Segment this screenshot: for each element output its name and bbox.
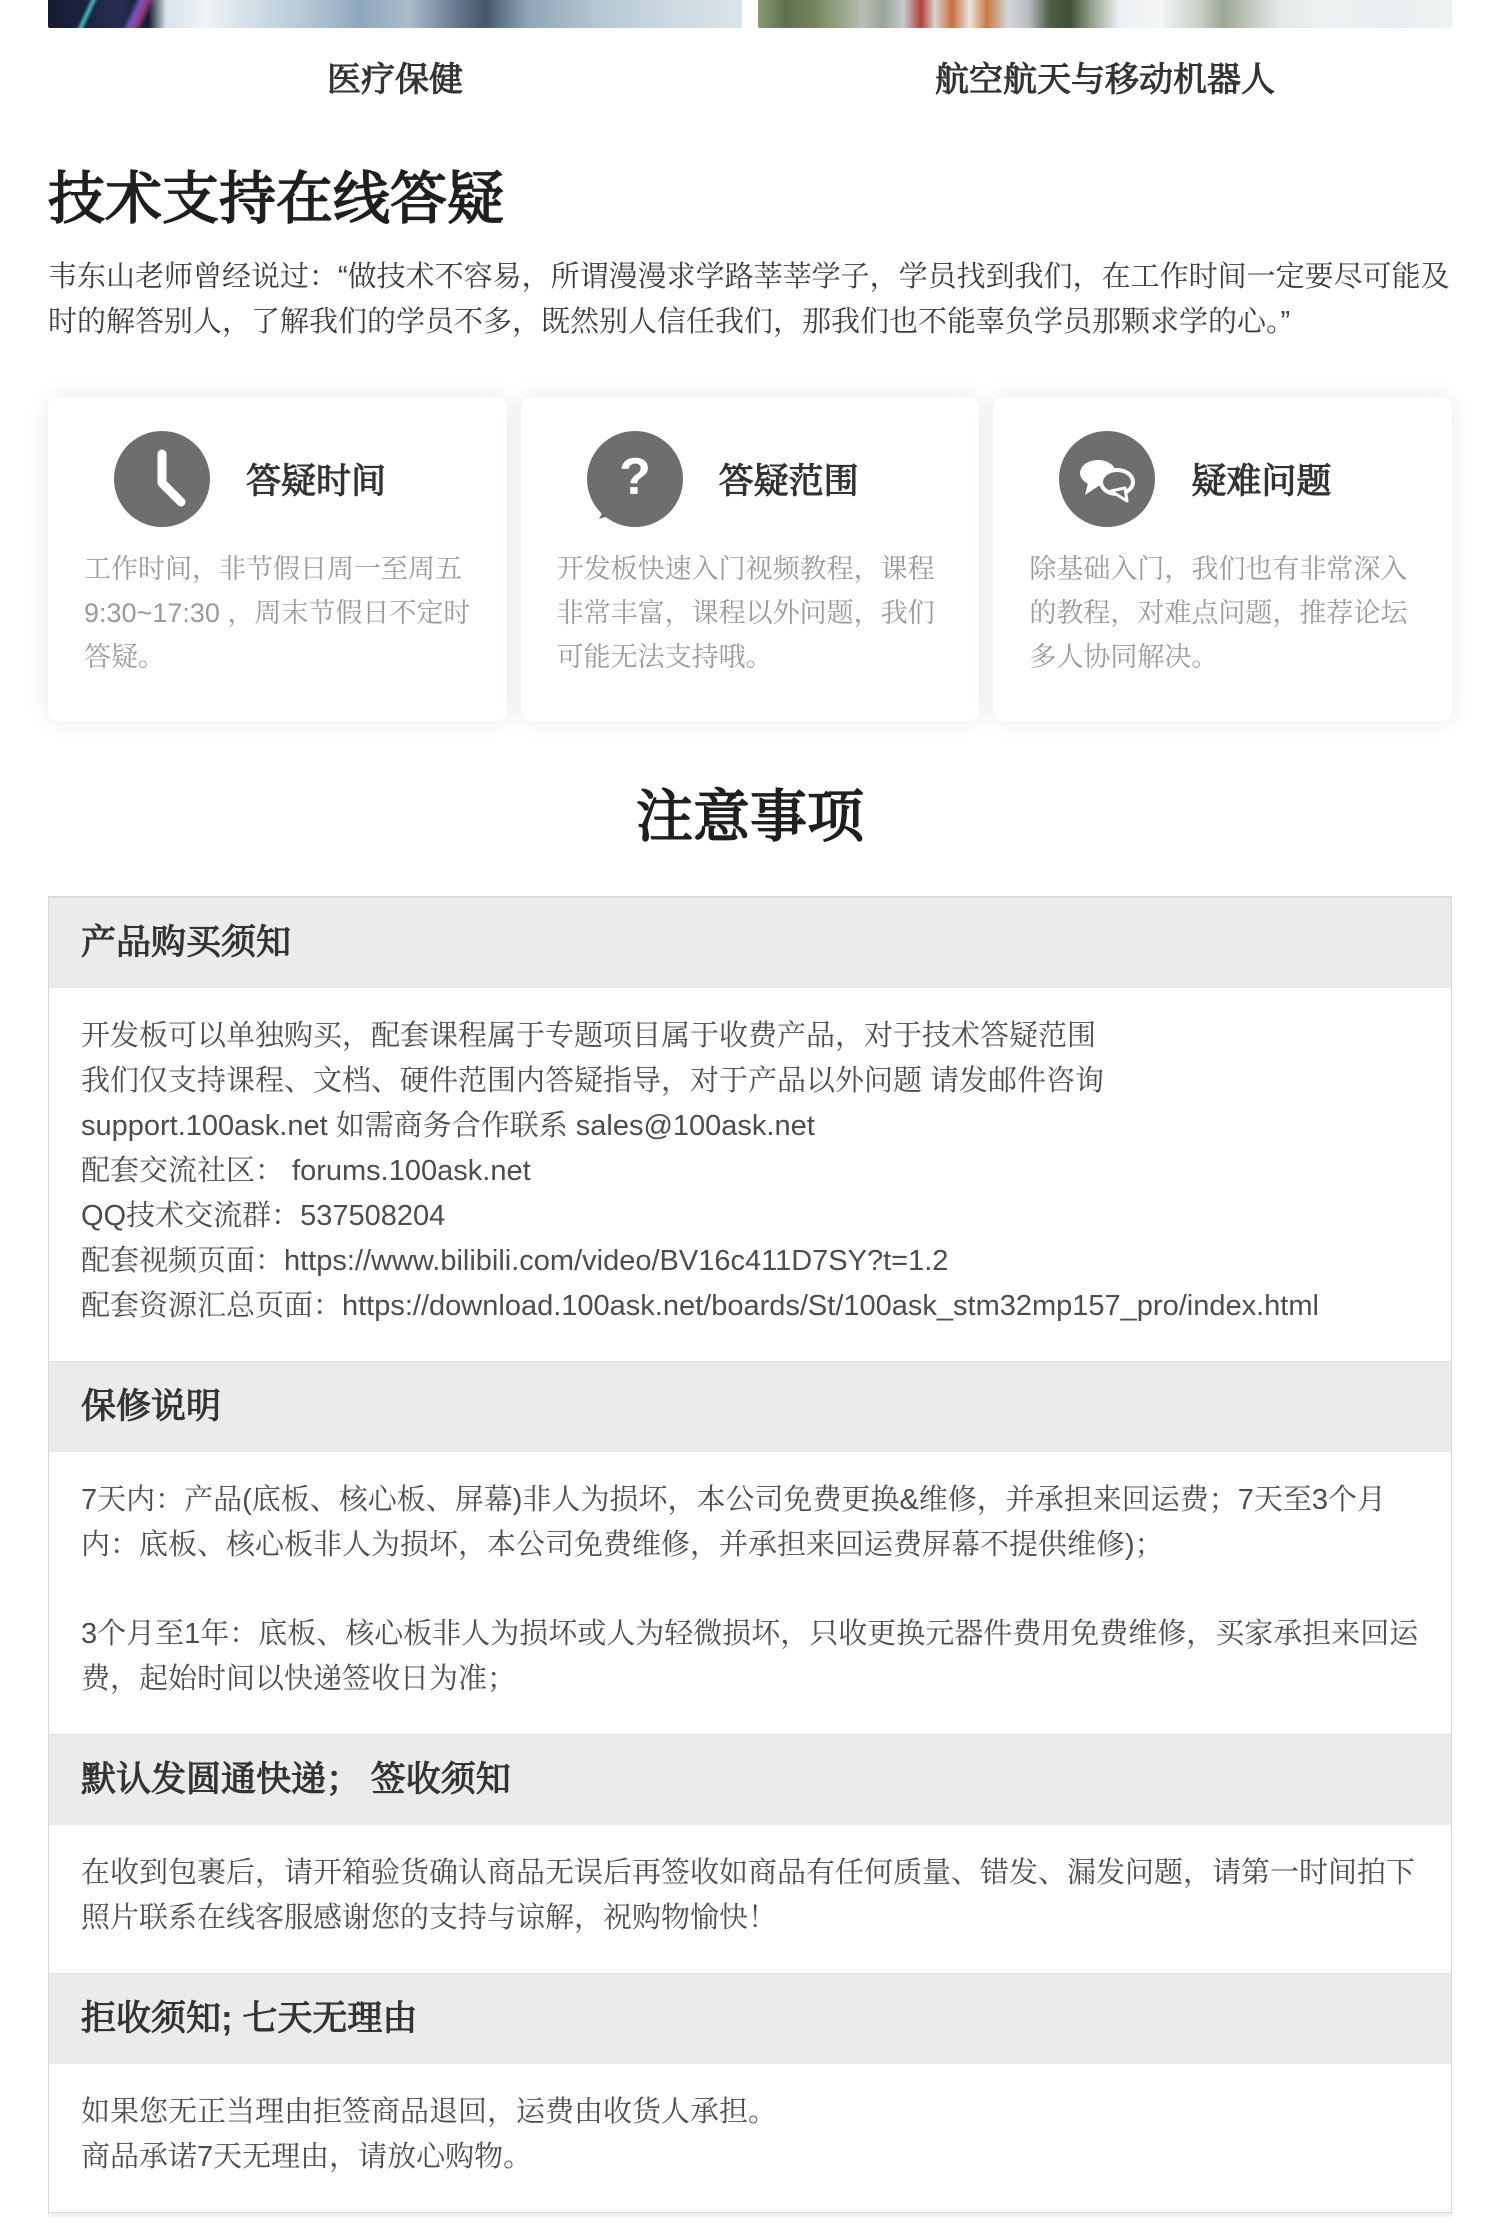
medical-photo-caption: 医疗保健 xyxy=(48,52,742,101)
gallery-captions: 医疗保健 航空航天与移动机器人 xyxy=(48,52,1452,101)
clock-icon xyxy=(114,431,210,527)
medical-photo xyxy=(48,0,742,28)
chat-bubbles-icon xyxy=(1059,431,1155,527)
purchase-line-qq-group: QQ技术交流群：537508204 xyxy=(81,1194,1419,1239)
warranty-paragraph: 7天内：产品(底板、核心板、屏幕)非人为损坏，本公司免费更换&维修，并承担来回运… xyxy=(81,1478,1419,1568)
card-body: 除基础入门，我们也有非常深入的教程，对难点问题，推荐论坛多人协同解决。 xyxy=(1029,547,1416,679)
card-title: 疑难问题 xyxy=(1191,454,1331,504)
rejection-line: 如果您无正当理由拒签商品退回，运费由收货人承担。 xyxy=(81,2090,1419,2135)
section-title-warranty: 保修说明 xyxy=(49,1361,1451,1452)
purchase-line: 我们仅支持课程、文档、硬件范围内答疑指导，对于产品以外问题 请发邮件咨询 xyxy=(81,1059,1419,1104)
card-head: ? 答疑范围 xyxy=(587,431,944,527)
card-head: 疑难问题 xyxy=(1059,431,1416,527)
rejection-line: 商品承诺7天无理由，请放心购物。 xyxy=(81,2135,1419,2180)
purchase-line: 开发板可以单独购买，配套课程属于专题项目属于收费产品，对于技术答疑范围 xyxy=(81,1014,1419,1059)
shipping-paragraph: 在收到包裹后，请开箱验货确认商品无误后再签收如商品有任何质量、错发、漏发问题，请… xyxy=(81,1851,1419,1941)
section-title-shipping: 默认发圆通快递； 签收须知 xyxy=(49,1734,1451,1825)
support-heading: 技术支持在线答疑 xyxy=(48,165,1452,233)
warranty-paragraph: 3个月至1年：底板、核心板非人为损坏或人为轻微损坏，只收更换元器件费用免费维修，… xyxy=(81,1612,1419,1702)
purchase-line-video-link: 配套视频页面：https://www.bilibili.com/video/BV… xyxy=(81,1239,1419,1284)
section-body-shipping: 在收到包裹后，请开箱验货确认商品无误后再签收如商品有任何质量、错发、漏发问题，请… xyxy=(49,1825,1451,1973)
purchase-line-download-link: 配套资源汇总页面：https://download.100ask.net/boa… xyxy=(81,1284,1419,1329)
svg-text:?: ? xyxy=(619,448,651,506)
card-title: 答疑时间 xyxy=(246,454,386,504)
section-body-purchase: 开发板可以单独购买，配套课程属于专题项目属于收费产品，对于技术答疑范围 我们仅支… xyxy=(49,988,1451,1361)
gallery-row xyxy=(48,0,1452,28)
support-card-time: 答疑时间 工作时间，非节假日周一至周五 9:30~17:30 ，周末节假日不定时… xyxy=(48,397,507,721)
section-body-rejection: 如果您无正当理由拒签商品退回，运费由收货人承担。 商品承诺7天无理由，请放心购物… xyxy=(49,2064,1451,2212)
product-detail-page: 医疗保健 航空航天与移动机器人 技术支持在线答疑 韦东山老师曾经说过：“做技术不… xyxy=(0,0,1500,2213)
section-body-warranty: 7天内：产品(底板、核心板、屏幕)非人为损坏，本公司免费更换&维修，并承担来回运… xyxy=(49,1452,1451,1734)
support-card-scope: ? 答疑范围 开发板快速入门视频教程，课程非常丰富，课程以外问题，我们可能无法支… xyxy=(521,397,980,721)
card-head: 答疑时间 xyxy=(114,431,471,527)
card-body: 开发板快速入门视频教程，课程非常丰富，课程以外问题，我们可能无法支持哦。 xyxy=(557,547,944,679)
purchase-line-support-email: support.100ask.net 如需商务合作联系 sales@100ask… xyxy=(81,1104,1419,1149)
question-bubble-icon: ? xyxy=(587,431,683,527)
support-cards: 答疑时间 工作时间，非节假日周一至周五 9:30~17:30 ，周末节假日不定时… xyxy=(48,397,1452,721)
notice-heading: 注意事项 xyxy=(48,783,1452,851)
notice-box: 产品购买须知 开发板可以单独购买，配套课程属于专题项目属于收费产品，对于技术答疑… xyxy=(48,896,1452,2213)
section-title-purchase: 产品购买须知 xyxy=(49,897,1451,988)
card-body: 工作时间，非节假日周一至周五 9:30~17:30 ，周末节假日不定时答疑。 xyxy=(84,547,471,679)
support-intro: 韦东山老师曾经说过：“做技术不容易，所谓漫漫求学路莘莘学子，学员找到我们，在工作… xyxy=(48,255,1452,345)
aerospace-photo-caption: 航空航天与移动机器人 xyxy=(758,52,1452,101)
aerospace-photo xyxy=(758,0,1452,28)
card-title: 答疑范围 xyxy=(719,454,859,504)
section-title-rejection: 拒收须知; 七天无理由 xyxy=(49,1973,1451,2064)
purchase-line-forum-link: 配套交流社区： forums.100ask.net xyxy=(81,1149,1419,1194)
support-card-hard-questions: 疑难问题 除基础入门，我们也有非常深入的教程，对难点问题，推荐论坛多人协同解决。 xyxy=(993,397,1452,721)
